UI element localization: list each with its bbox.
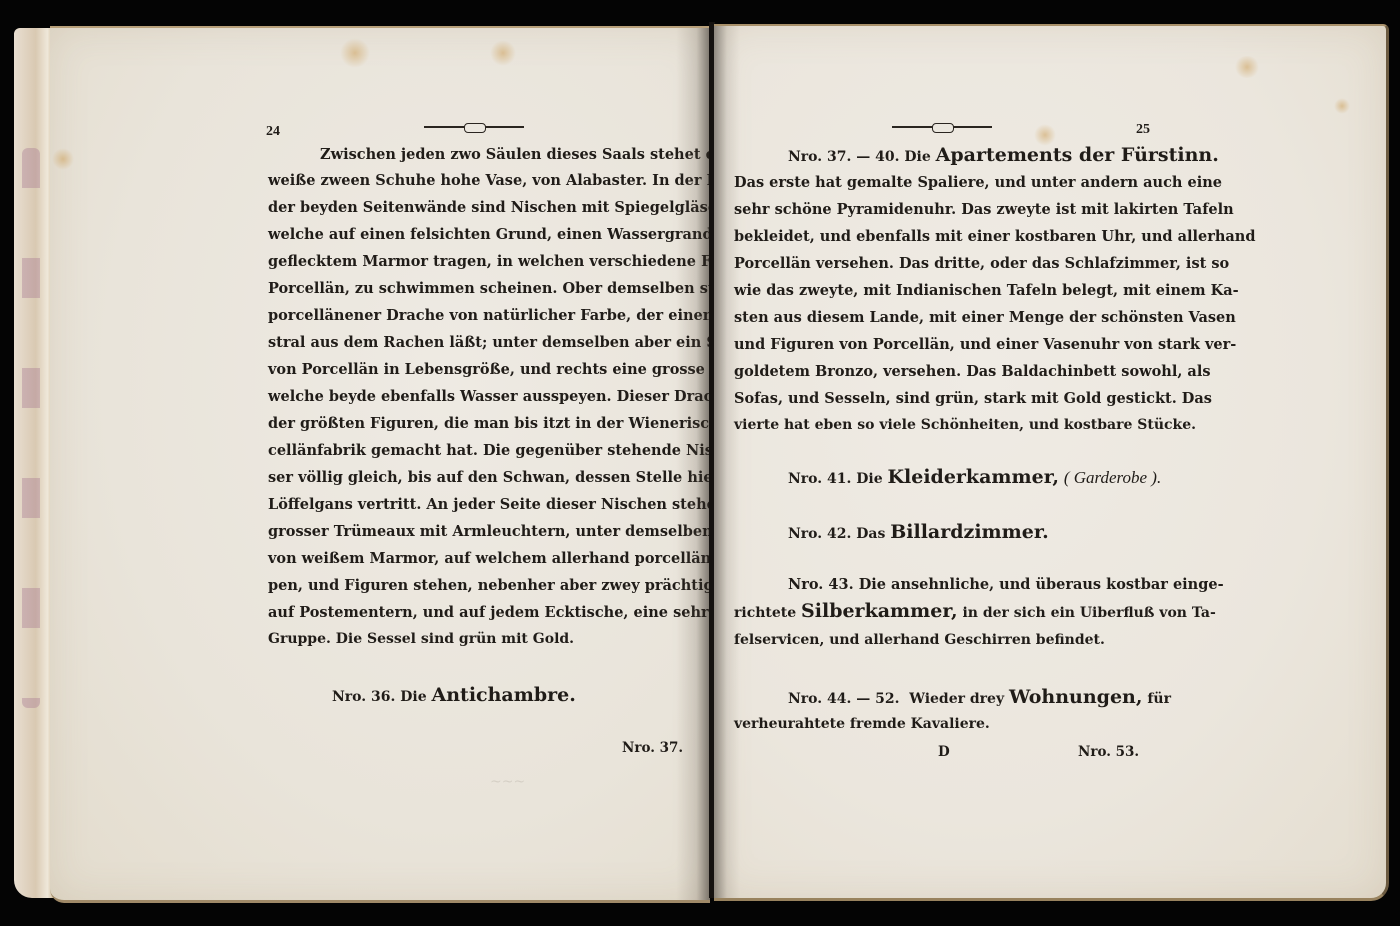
foxing-stain <box>340 38 370 68</box>
right-page: 25 Nro. 37. — 40. Die Apartements der Fü… <box>714 24 1389 901</box>
entry-title: Wohnungen, <box>1009 686 1143 708</box>
entry-lead: Wieder drey <box>909 691 1004 707</box>
foxing-stain <box>1234 56 1260 78</box>
body-line: sten aus diesem Lande, mit einer Menge d… <box>734 309 1150 326</box>
entry-title: Antichambre. <box>432 684 576 706</box>
body-line: goldetem Bronzo, versehen. Das Baldachin… <box>734 363 1150 380</box>
entry-title: Billardzimmer. <box>890 521 1049 543</box>
body-line: porcellänener Drache von natürlicher Far… <box>268 307 688 324</box>
entry-heading-nro-41: Nro. 41. Die Kleiderkammer, ( Garderobe … <box>788 466 1161 488</box>
page-number: 24 <box>266 124 280 140</box>
foxing-stain <box>490 40 516 66</box>
body-line: grosser Trümeaux mit Armleuchtern, unter… <box>268 523 688 540</box>
entry-heading-nro-44-52: Nro. 44. — 52. Wieder drey Wohnungen, fü… <box>788 686 1171 708</box>
entry-title: Apartements der Fürstinn. <box>936 144 1219 166</box>
body-line: von Porcellän in Lebensgröße, und rechts… <box>268 361 688 378</box>
entry-number: Nro. 36. <box>332 689 395 705</box>
body-line: der größten Figuren, die man bis itzt in… <box>268 415 688 432</box>
body-line: welche beyde ebenfalls Wasser ausspeyen.… <box>268 388 688 405</box>
entry-article: Die <box>904 149 930 165</box>
entry-number: Nro. 44. — 52. <box>788 691 899 707</box>
catchword: Nro. 37. <box>622 740 683 756</box>
entry-lead: Die ansehnliche, und überaus kostbar ein… <box>859 576 1224 593</box>
body-line-last: Gruppe. Die Sessel sind grün mit Gold. <box>268 631 574 647</box>
entry-article: Die <box>400 689 426 705</box>
entry-gloss: ( Garderobe ). <box>1064 468 1161 487</box>
entry-article: Die <box>856 471 882 487</box>
body-line: auf Postementern, und auf jedem Ecktisch… <box>268 604 688 621</box>
body-line: der beyden Seitenwände sind Nischen mit … <box>268 199 688 216</box>
body-line: bekleidet, und ebenfalls mit einer kostb… <box>734 228 1150 245</box>
foxing-stain <box>52 148 74 170</box>
body-line: geflecktem Marmor tragen, in welchen ver… <box>268 253 688 270</box>
entry-nro-43-line-2: richtete Silberkammer, in der sich ein U… <box>734 600 1216 622</box>
book-scan: 24 Zwischen jeden zwo Säulen dieses Saal… <box>0 0 1400 926</box>
foxing-stain <box>1034 124 1056 146</box>
show-through-text: ~~~ <box>490 774 525 790</box>
entry-tail: für <box>1147 691 1171 707</box>
entry-number: Nro. 42. <box>788 526 851 542</box>
entry-heading-nro-36: Nro. 36. Die Antichambre. <box>332 684 576 706</box>
body-line: Sofas, und Sesseln, sind grün, stark mit… <box>734 390 1150 407</box>
entry-number: Nro. 37. — 40. <box>788 149 899 165</box>
body-line: sehr schöne Pyramidenuhr. Das zweyte ist… <box>734 201 1150 218</box>
entry-pre-title: richtete <box>734 605 796 621</box>
foxing-stain <box>1334 98 1350 114</box>
entry-article: Das <box>856 526 885 542</box>
entry-tail: in der sich ein Uiberfluß von Ta- <box>962 605 1215 621</box>
entry-number: Nro. 43. <box>788 576 854 593</box>
body-line: ser völlig gleich, bis auf den Schwan, d… <box>268 469 688 486</box>
signature-mark: D <box>938 744 950 760</box>
page-number: 25 <box>1136 122 1150 138</box>
entry-title: Silberkammer, <box>801 600 958 622</box>
left-page: 24 Zwischen jeden zwo Säulen dieses Saal… <box>50 26 710 903</box>
body-line: stral aus dem Rachen läßt; unter demselb… <box>268 334 688 351</box>
body-line-last: vierte hat eben so viele Schönheiten, un… <box>734 417 1196 433</box>
body-line: welche auf einen felsichten Grund, einen… <box>268 226 688 243</box>
body-line: wie das zweyte, mit Indianischen Tafeln … <box>734 282 1150 299</box>
body-line: von weißem Marmor, auf welchem allerhand… <box>268 550 688 567</box>
body-line: cellänfabrik gemacht hat. Die gegenüber … <box>268 442 688 459</box>
body-line: Porcellän, zu schwimmen scheinen. Ober d… <box>268 280 688 297</box>
entry-heading-nro-42: Nro. 42. Das Billardzimmer. <box>788 521 1049 543</box>
header-ornament <box>424 123 524 131</box>
entry-number: Nro. 41. <box>788 471 851 487</box>
entry-heading-nro-37-40: Nro. 37. — 40. Die Apartements der Fürst… <box>788 144 1219 166</box>
body-line: und Figuren von Porcellän, und einer Vas… <box>734 336 1150 353</box>
entry-nro-44-52-line-2: verheurahtete fremde Kavaliere. <box>734 716 990 732</box>
entry-title: Kleiderkammer, <box>888 466 1059 488</box>
body-line: pen, und Figuren stehen, nebenher aber z… <box>268 577 688 594</box>
body-line: Zwischen jeden zwo Säulen dieses Saals s… <box>320 146 688 163</box>
entry-nro-43-line-1: Nro. 43. Die ansehnliche, und überaus ko… <box>788 576 1150 593</box>
body-line: Löffelgans vertritt. An jeder Seite dies… <box>268 496 688 513</box>
catchword: Nro. 53. <box>1078 744 1139 760</box>
body-line: weiße zween Schuhe hohe Vase, von Alabas… <box>268 172 688 189</box>
entry-nro-43-line-3: felservicen, und allerhand Geschirren be… <box>734 632 1105 648</box>
body-line: Das erste hat gemalte Spaliere, und unte… <box>734 174 1150 191</box>
body-line: Porcellän versehen. Das dritte, oder das… <box>734 255 1150 272</box>
header-ornament <box>892 123 992 131</box>
